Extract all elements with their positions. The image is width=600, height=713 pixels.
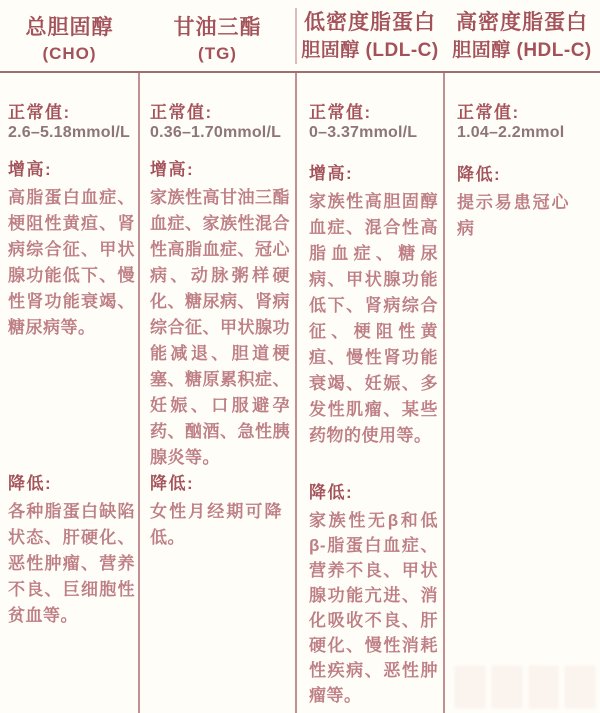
column-ldl: 正常值: 0–3.37mmol/L 增高: 家族性高胆固醇血症、混合性高脂血症、… — [309, 0, 438, 713]
normal-value: 1.04–2.2mmol — [457, 124, 564, 142]
section-label: 降低: — [150, 472, 290, 496]
header-divider — [295, 8, 297, 64]
section-increase: 增高: 家族性高甘油三酯血症、家族性混合性高脂血症、冠心病、动脉粥样硬化、糖尿病… — [150, 158, 290, 471]
section-text: 家族性无β和低β-脂蛋白血症、营养不良、甲状腺功能亢进、消化吸收不良、肝硬化、慢… — [309, 508, 438, 708]
section-decrease: 降低: 家族性无β和低β-脂蛋白血症、营养不良、甲状腺功能亢进、消化吸收不良、肝… — [309, 481, 438, 708]
watermark-glyph — [454, 665, 486, 709]
watermark — [454, 665, 596, 709]
column-divider — [295, 73, 297, 713]
section-label: 增高: — [309, 162, 438, 186]
section-text: 高脂蛋白血症、梗阻性黄疸、肾病综合征、甲状腺功能低下、慢性肾功能衰竭、糖尿病等。 — [8, 185, 135, 341]
watermark-glyph — [528, 665, 560, 709]
normal-value: 2.6–5.18mmol/L — [8, 124, 130, 142]
section-increase: 增高: 家族性高胆固醇血症、混合性高脂血症、糖尿病、甲状腺功能低下、肾病综合征、… — [309, 162, 438, 449]
normal-value-label: 正常值: — [309, 98, 372, 123]
column-divider — [443, 73, 445, 713]
watermark-glyph — [564, 665, 596, 709]
normal-value-label: 正常值: — [150, 98, 213, 123]
normal-value: 0.36–1.70mmol/L — [150, 124, 281, 142]
section-label: 增高: — [150, 158, 290, 182]
normal-value-label: 正常值: — [8, 98, 71, 123]
column-divider — [138, 73, 140, 713]
section-decrease: 降低: 提示易患冠心病 — [457, 163, 569, 242]
section-text: 家族性高甘油三酯血症、家族性混合性高脂血症、冠心病、动脉粥样硬化、糖尿病、肾病综… — [150, 185, 290, 471]
column-cho: 正常值: 2.6–5.18mmol/L 增高: 高脂蛋白血症、梗阻性黄疸、肾病综… — [8, 0, 135, 713]
normal-value: 0–3.37mmol/L — [309, 124, 417, 142]
section-increase: 增高: 高脂蛋白血症、梗阻性黄疸、肾病综合征、甲状腺功能低下、慢性肾功能衰竭、糖… — [8, 158, 135, 341]
section-text: 家族性高胆固醇血症、混合性高脂血症、糖尿病、甲状腺功能低下、肾病综合征、梗阻性黄… — [309, 189, 438, 449]
section-decrease: 降低: 女性月经期可降低。 — [150, 472, 290, 551]
section-label: 降低: — [8, 472, 135, 496]
lipid-reference-table: 总胆固醇 (CHO) 甘油三酯 (TG) 低密度脂蛋白 胆固醇 (LDL-C) … — [0, 0, 600, 713]
normal-value-label: 正常值: — [457, 98, 520, 123]
section-decrease: 降低: 各种脂蛋白缺陷状态、肝硬化、恶性肿瘤、营养不良、巨细胞性贫血等。 — [8, 472, 135, 629]
column-tg: 正常值: 0.36–1.70mmol/L 增高: 家族性高甘油三酯血症、家族性混… — [150, 0, 290, 713]
watermark-glyph — [491, 665, 523, 709]
section-label: 降低: — [457, 163, 569, 187]
section-label: 增高: — [8, 158, 135, 182]
section-text: 提示易患冠心病 — [457, 190, 569, 242]
section-text: 女性月经期可降低。 — [150, 499, 282, 551]
column-hdl: 正常值: 1.04–2.2mmol 降低: 提示易患冠心病 — [457, 0, 569, 713]
section-label: 降低: — [309, 481, 438, 505]
section-text: 各种脂蛋白缺陷状态、肝硬化、恶性肿瘤、营养不良、巨细胞性贫血等。 — [8, 499, 135, 629]
